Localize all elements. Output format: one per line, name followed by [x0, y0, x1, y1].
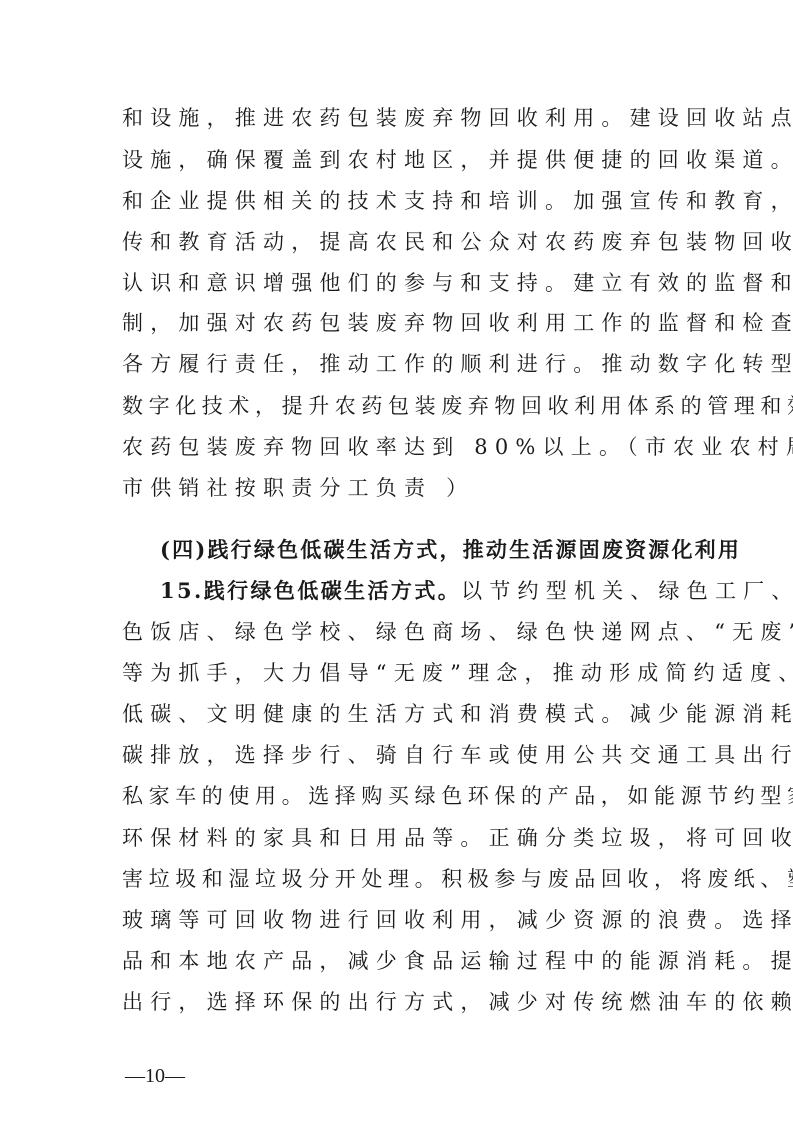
section-heading: (四)践行绿色低碳生活方式，推动生活源固废资源化利用 — [160, 535, 740, 565]
text-line: 和设施，推进农药包装废弃物回收利用。建设回收站点和处理 — [122, 103, 702, 133]
text-line: 农药包装废弃物回收率达到 80%以上。（市农业农村局牵头、 — [122, 432, 702, 462]
text-line: 碳排放，选择步行、骑自行车或使用公共交通工具出行，减少 — [122, 740, 702, 770]
item-15-title: 15.践行绿色低碳生活方式。 — [160, 578, 461, 603]
page-number: —10— — [125, 1063, 185, 1089]
text-line: 环保材料的家具和日用品等。正确分类垃圾，将可回收物、有 — [122, 823, 702, 853]
text-line: 数字化技术，提升农药包装废弃物回收利用体系的管理和效率。 — [122, 391, 702, 421]
text-line: 各方履行责任，推动工作的顺利进行。推动数字化转型，利用 — [122, 349, 702, 379]
text-line: 认识和意识增强他们的参与和支持。建立有效的监督和管理机 — [122, 268, 702, 298]
text-line: 设施，确保覆盖到农村地区，并提供便捷的回收渠道。为农民 — [122, 145, 702, 175]
item-15-first-line-text: 以节约型机关、绿色工厂、绿 — [461, 579, 793, 603]
document-page: 和设施，推进农药包装废弃物回收利用。建设回收站点和处理 设施，确保覆盖到农村地区… — [0, 0, 793, 1122]
text-line: 害垃圾和湿垃圾分开处理。积极参与废品回收，将废纸、塑料、 — [122, 864, 702, 894]
text-line: 色饭店、绿色学校、绿色商场、绿色快递网点、“无废”景区 — [122, 617, 702, 647]
text-line: 传和教育活动，提高农民和公众对农药废弃包装物回收利用的 — [122, 227, 702, 257]
text-line: 和企业提供相关的技术支持和培训。加强宣传和教育，通过宣 — [122, 186, 702, 216]
text-line: 私家车的使用。选择购买绿色环保的产品，如能源节约型家电、 — [122, 781, 702, 811]
text-line: 市供销社按职责分工负责 ） — [122, 473, 702, 503]
text-line: 玻璃等可回收物进行回收利用，减少资源的浪费。选择有机食 — [122, 905, 702, 935]
text-line: 制，加强对农药包装废弃物回收利用工作的监督和检查，确保 — [122, 308, 702, 338]
text-line: 品和本地农产品，减少食品运输过程中的能源消耗。提倡绿色 — [122, 946, 702, 976]
text-line: 低碳、文明健康的生活方式和消费模式。减少能源消耗，减少 — [122, 699, 702, 729]
text-line: 出行，选择环保的出行方式，减少对传统燃油车的依赖。加强 — [122, 987, 702, 1017]
text-line: 等为抓手，大力倡导“无废”理念，推动形成简约适度、绿色 — [122, 658, 702, 688]
item-15-first-line: 15.践行绿色低碳生活方式。以节约型机关、绿色工厂、绿 — [160, 576, 740, 606]
